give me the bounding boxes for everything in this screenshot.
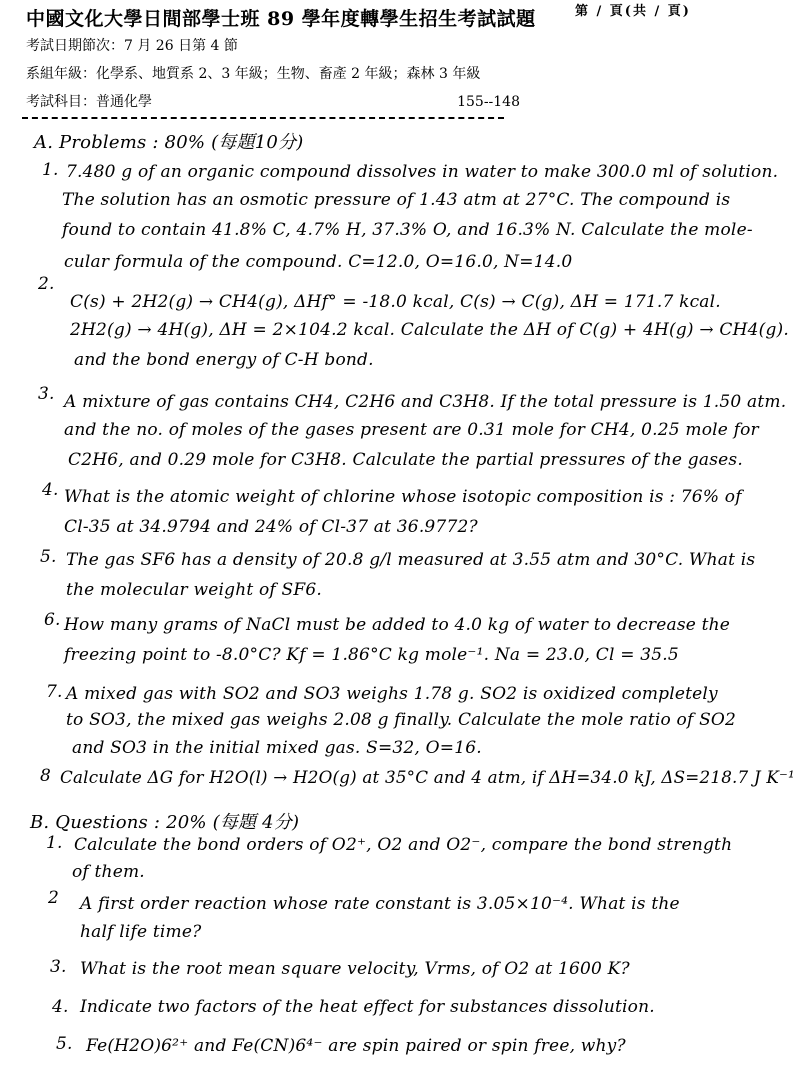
section-a-heading: A. Problems : 80% (每題10分)	[34, 128, 303, 154]
question-number: 4.	[52, 997, 69, 1017]
question-text-line: A first order reaction whose rate consta…	[80, 894, 680, 914]
question-number: 1.	[46, 833, 63, 853]
problem-text-line: A mixture of gas contains CH4, C2H6 and …	[64, 392, 786, 412]
section-b-heading: B. Questions : 20% (每題 4分)	[30, 808, 299, 834]
problem-text-line: cular formula of the compound. C=12.0, O…	[64, 252, 572, 272]
exam-title: 中國文化大學日間部學士班 89 學年度轉學生招生考試試題	[26, 6, 546, 32]
problem-text-line: What is the atomic weight of chlorine wh…	[64, 487, 742, 507]
question-number: 2	[48, 888, 59, 908]
problem-number: 1.	[42, 160, 59, 180]
problem-text-line: 2H2(g) → 4H(g), ΔH = 2×104.2 kcal. Calcu…	[70, 320, 789, 340]
problem-text-line: freezing point to -8.0°C? Kf = 1.86°C kg…	[64, 645, 679, 665]
question-text-line: Indicate two factors of the heat effect …	[80, 997, 655, 1017]
question-number: 5.	[56, 1034, 73, 1054]
problem-text-line: How many grams of NaCl must be added to …	[64, 615, 730, 635]
question-text-line: Fe(H2O)6²⁺ and Fe(CN)6⁴⁻ are spin paired…	[86, 1036, 626, 1056]
problem-number: 2.	[38, 274, 55, 294]
question-text-line: half life time?	[80, 922, 201, 942]
problem-number: 4.	[42, 480, 59, 500]
problem-number: 5.	[40, 547, 57, 567]
question-text-line: of them.	[72, 862, 145, 882]
problem-text-line: The solution has an osmotic pressure of …	[62, 190, 730, 210]
departments: 系組年級：化學系、地質系 2、3 年級；生物、畜產 2 年級；森林 3 年級	[26, 60, 546, 88]
question-text-line: Calculate the bond orders of O2⁺, O2 and…	[74, 835, 732, 855]
problem-number: 6.	[44, 610, 61, 630]
question-number: 3.	[50, 957, 67, 977]
problem-text-line: C(s) + 2H2(g) → CH4(g), ΔHf° = -18.0 kca…	[70, 292, 721, 312]
exam-code: 155--148	[457, 88, 520, 116]
exam-header: 中國文化大學日間部學士班 89 學年度轉學生招生考試試題 考試日期節次：7 月 …	[26, 6, 546, 116]
problem-text-line: and the no. of moles of the gases presen…	[64, 420, 759, 440]
subject-row: 考試科目：普通化學 155--148	[26, 88, 546, 116]
page-counter: 第 / 頁(共 / 頁)	[575, 0, 691, 19]
problem-number: 3.	[38, 384, 55, 404]
problem-text-line: and the bond energy of C-H bond.	[74, 350, 374, 370]
problem-text-line: 7.480 g of an organic compound dissolves…	[66, 162, 778, 182]
problem-text-line: A mixed gas with SO2 and SO3 weighs 1.78…	[66, 684, 718, 704]
problem-text-line: Calculate ΔG for H2O(l) → H2O(g) at 35°C…	[60, 768, 795, 788]
question-text-line: What is the root mean square velocity, V…	[80, 959, 630, 979]
subject: 考試科目：普通化學	[26, 88, 152, 116]
problem-text-line: the molecular weight of SF6.	[66, 580, 322, 600]
problem-text-line: to SO3, the mixed gas weighs 2.08 g fina…	[66, 710, 736, 730]
exam-date: 考試日期節次：7 月 26 日第 4 節	[26, 32, 546, 60]
problem-text-line: The gas SF6 has a density of 20.8 g/l me…	[66, 550, 755, 570]
problem-number: 7.	[46, 682, 63, 702]
header-divider	[22, 117, 504, 119]
problem-text-line: Cl-35 at 34.9794 and 24% of Cl-37 at 36.…	[64, 517, 478, 537]
problem-text-line: found to contain 41.8% C, 4.7% H, 37.3% …	[62, 220, 753, 240]
problem-text-line: and SO3 in the initial mixed gas. S=32, …	[72, 738, 482, 758]
problem-number: 8	[40, 766, 51, 786]
problem-text-line: C2H6, and 0.29 mole for C3H8. Calculate …	[68, 450, 743, 470]
